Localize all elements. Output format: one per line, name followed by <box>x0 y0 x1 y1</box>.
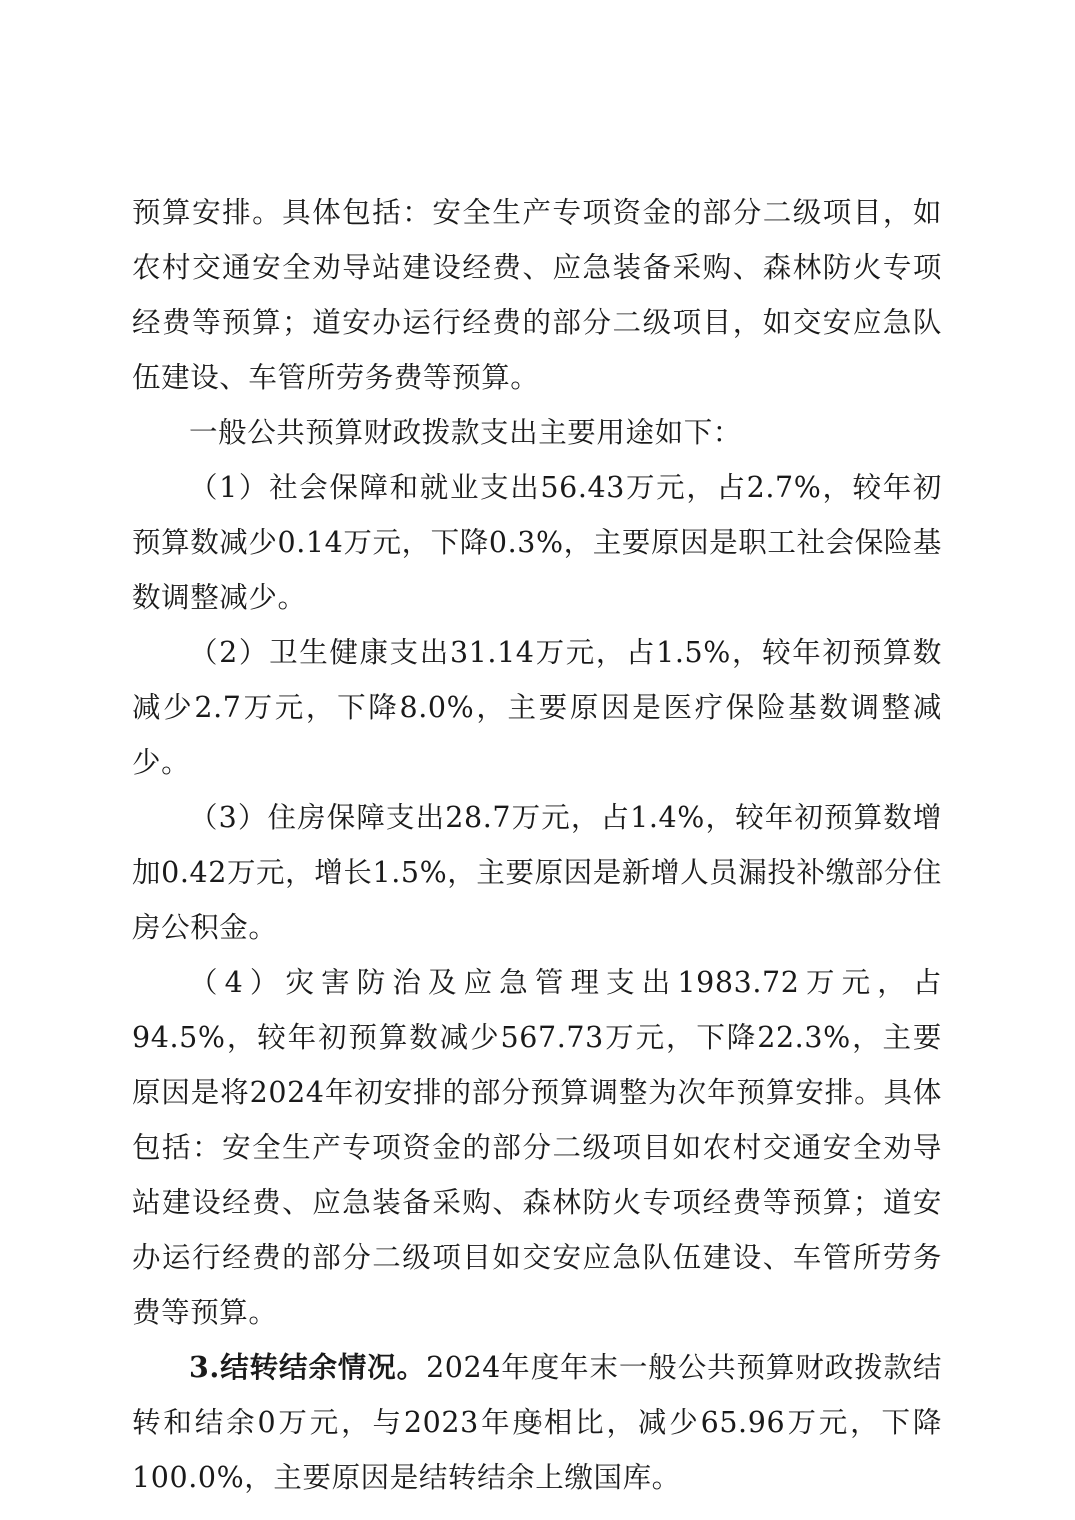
paragraph-item-housing: （3）住房保障支出28.7万元，占1.4%，较年初预算数增加0.42万元，增长1… <box>132 790 942 955</box>
document-page: 预算安排。具体包括：安全生产专项资金的部分二级项目，如农村交通安全劝导站建设经费… <box>132 185 942 1505</box>
paragraph-item-disaster-emergency: （4）灾害防治及应急管理支出1983.72万元，占94.5%，较年初预算数减少5… <box>132 955 942 1340</box>
paragraph-expenditure-intro: 一般公共预算财政拨款支出主要用途如下： <box>132 405 942 460</box>
page-number: － 6 － <box>0 1407 1075 1432</box>
paragraph-item-health: （2）卫生健康支出31.14万元，占1.5%，较年初预算数减少2.7万元，下降8… <box>132 625 942 790</box>
paragraph-continued-budget: 预算安排。具体包括：安全生产专项资金的部分二级项目，如农村交通安全劝导站建设经费… <box>132 185 942 405</box>
paragraph-item-social-security: （1）社会保障和就业支出56.43万元，占2.7%，较年初预算数减少0.14万元… <box>132 460 942 625</box>
section-heading-carryover: 3.结转结余情况。 <box>189 1350 426 1384</box>
